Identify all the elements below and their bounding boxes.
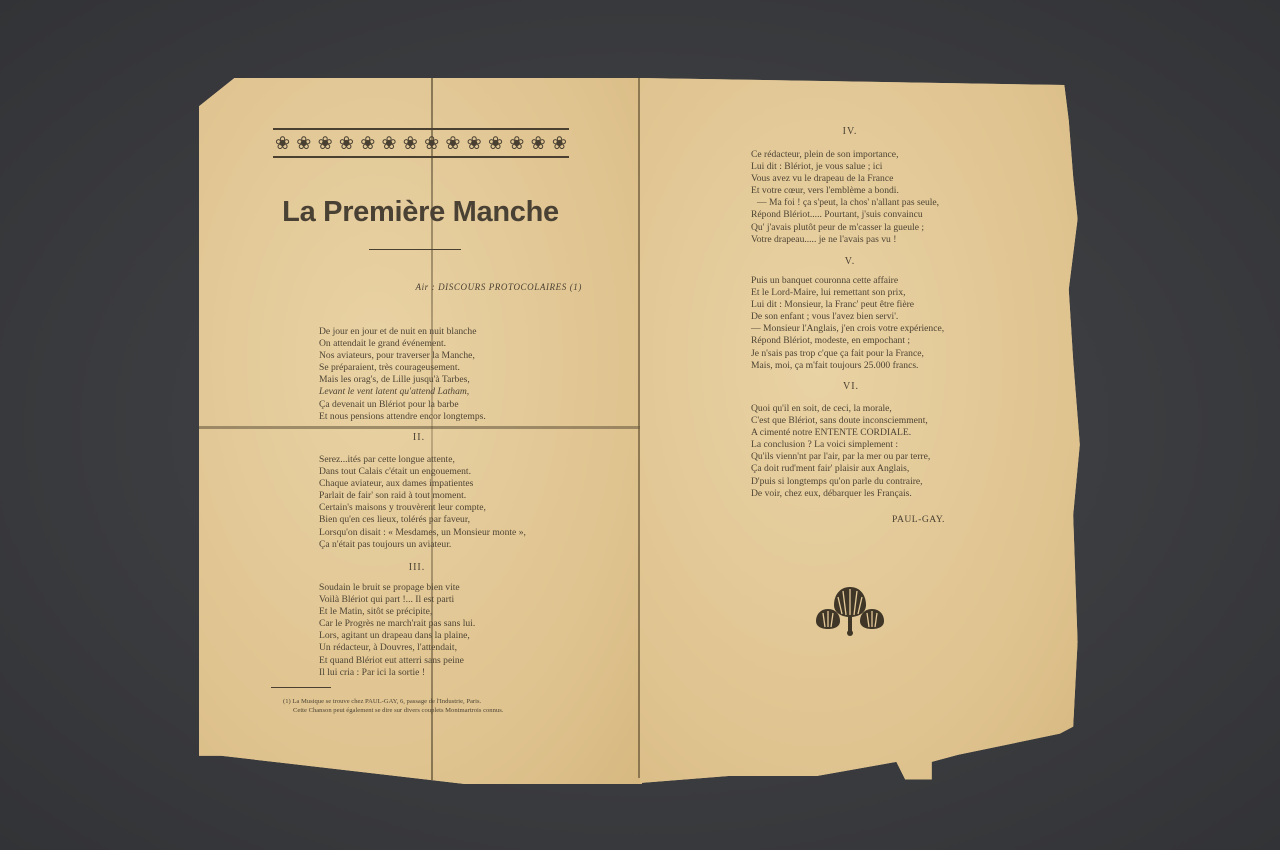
lotus-fleuron-icon	[812, 583, 888, 639]
verse-line: Voilà Blériot qui part !... Il est parti	[319, 594, 475, 606]
verse-line: Lors, agitant un drapeau dans la plaine,	[319, 630, 475, 642]
verse-line: Bien qu'en ces lieux, tolérés par faveur…	[319, 514, 526, 526]
verse-line: Ça devenait un Blériot pour la barbe	[319, 399, 486, 411]
verse-line: A cimenté notre ENTENTE CORDIALE.	[751, 427, 930, 439]
verse-line: Et le Matin, sitôt se précipite,	[319, 606, 475, 618]
verse-line: Mais, moi, ça m'fait toujours 25.000 fra…	[751, 360, 944, 372]
left-page: ❀❀❀❀❀❀❀❀❀❀❀❀❀❀ La Première Manche Air : …	[199, 78, 642, 784]
footnote-line: (1) La Musique se trouve chez PAUL-GAY, …	[283, 697, 503, 706]
rosette-icon: ❀	[552, 134, 567, 152]
verse-line: Répond Blériot..... Pourtant, j'suis con…	[751, 209, 939, 221]
verse-line: Puis un banquet couronna cette affaire	[751, 275, 944, 287]
verse-line: C'est que Blériot, sans doute inconsciem…	[751, 415, 930, 427]
rosette-icon: ❀	[296, 134, 311, 152]
verse-line: Chaque aviateur, aux dames impatientes	[319, 478, 526, 490]
rosette-icon: ❀	[381, 134, 396, 152]
stanza-2: Serez...ités par cette longue attente, D…	[319, 454, 526, 551]
verse-line: D'puis si longtemps qu'on parle du contr…	[751, 476, 930, 488]
verse-line: Se préparaient, très courageusement.	[319, 362, 486, 374]
verse-line: Car le Progrès ne march'rait pas sans lu…	[319, 618, 475, 630]
verse-line: De voir, chez eux, débarquer les Françai…	[751, 488, 930, 500]
verse-line: Quoi qu'il en soit, de ceci, la morale,	[751, 403, 930, 415]
verse-line: Il lui cria : Par ici la sortie !	[319, 667, 475, 679]
stanza-6: Quoi qu'il en soit, de ceci, la morale, …	[751, 403, 930, 500]
verse-line: Lui dit : Blériot, je vous salue ; ici	[751, 161, 939, 173]
verse-line: Ce rédacteur, plein de son importance,	[751, 149, 939, 161]
verse-line: Serez...ités par cette longue attente,	[319, 454, 526, 466]
verse-line: On attendait le grand événement.	[319, 338, 486, 350]
rosette-icon: ❀	[488, 134, 503, 152]
rosette-icon: ❀	[509, 134, 524, 152]
horizontal-fold-crease	[199, 426, 642, 429]
stanza-4: Ce rédacteur, plein de son importance, L…	[751, 149, 939, 246]
stanza-3: Soudain le bruit se propage bien vite Vo…	[319, 582, 475, 679]
footnote-divider	[271, 687, 331, 688]
verse-line: Et votre cœur, vers l'emblème a bondi.	[751, 185, 939, 197]
verse-line: Qu' j'avais plutôt peur de m'casser la g…	[751, 222, 939, 234]
air-subtitle: Air : DISCOURS PROTOCOLAIRES (1)	[415, 282, 582, 292]
verse-line: Vous avez vu le drapeau de la France	[751, 173, 939, 185]
verse-line: Et nous pensions attendre encor longtemp…	[319, 411, 486, 423]
verse-line: Je n'sais pas trop c'que ça fait pour la…	[751, 348, 944, 360]
verse-line: Ça n'était pas toujours un aviateur.	[319, 539, 526, 551]
stanza-number: III.	[387, 562, 447, 573]
stanza-number: II.	[389, 432, 449, 443]
verse-line: Dans tout Calais c'était un engouement.	[319, 466, 526, 478]
verse-line: Mais les orag's, de Lille jusqu'à Tarbes…	[319, 374, 486, 386]
rosette-icon: ❀	[467, 134, 482, 152]
verse-line: Certain's maisons y trouvèrent leur comp…	[319, 502, 526, 514]
verse-line: Ça doit rud'ment fair' plaisir aux Angla…	[751, 463, 930, 475]
rosette-icon: ❀	[339, 134, 354, 152]
rosette-icon: ❀	[531, 134, 546, 152]
verse-line: Et quand Blériot eut atterri sans peine	[319, 655, 475, 667]
verse-line: De son enfant ; vous l'avez bien servi'.	[751, 311, 944, 323]
page-title: La Première Manche	[199, 196, 642, 229]
rosette-icon: ❀	[403, 134, 418, 152]
author-signature: PAUL-GAY.	[892, 514, 945, 525]
stanza-number: V.	[820, 256, 880, 267]
rosette-icon: ❀	[445, 134, 460, 152]
rosette-ornament-band: ❀❀❀❀❀❀❀❀❀❀❀❀❀❀	[273, 128, 569, 158]
verse-line: Lorsqu'on disait : « Mesdames, un Monsie…	[319, 527, 526, 539]
verse-line: Soudain le bruit se propage bien vite	[319, 582, 475, 594]
stanza-number: VI.	[821, 381, 881, 392]
verse-line: Répond Blériot, modeste, en empochant ;	[751, 335, 944, 347]
verse-line: Et le Lord-Maire, lui remettant son prix…	[751, 287, 944, 299]
verse-line: Qu'ils vienn'nt par l'air, par la mer ou…	[751, 451, 930, 463]
footnote: (1) La Musique se trouve chez PAUL-GAY, …	[283, 697, 503, 715]
title-divider	[369, 249, 461, 250]
rosette-icon: ❀	[360, 134, 375, 152]
verse-line: Votre drapeau..... je ne l'avais pas vu …	[751, 234, 939, 246]
verse-line: Parlait de fair' son raid à tout moment.	[319, 490, 526, 502]
rosette-icon: ❀	[318, 134, 333, 152]
rosette-icon: ❀	[424, 134, 439, 152]
stanza-number: IV.	[820, 126, 880, 137]
verse-line: Un rédacteur, à Douvres, l'attendait,	[319, 642, 475, 654]
verse-line: — Monsieur l'Anglais, j'en crois votre e…	[751, 323, 944, 335]
rosette-icon: ❀	[275, 134, 290, 152]
stanza-5: Puis un banquet couronna cette affaire E…	[751, 275, 944, 372]
right-page: IV. Ce rédacteur, plein de son importanc…	[640, 78, 1082, 783]
verse-line: Lui dit : Monsieur, la Franc' peut être …	[751, 299, 944, 311]
verse-line: Nos aviateurs, pour traverser la Manche,	[319, 350, 486, 362]
stanza-1: De jour en jour et de nuit en nuit blanc…	[319, 326, 486, 423]
verse-line: — Ma foi ! ça s'peut, la chos' n'allant …	[751, 197, 939, 209]
verse-line: La conclusion ? La voici simplement :	[751, 439, 930, 451]
verse-line: De jour en jour et de nuit en nuit blanc…	[319, 326, 486, 338]
footnote-line: Cette Chanson peut également se dire sur…	[283, 706, 503, 715]
verse-line: Levant le vent latent qu'attend Latham,	[319, 386, 486, 398]
